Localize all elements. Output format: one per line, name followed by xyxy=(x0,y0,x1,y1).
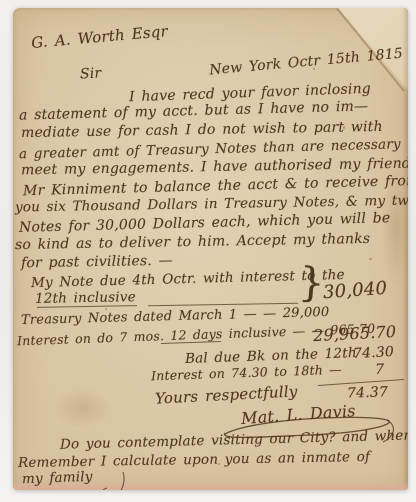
account-interest2-line: Interest on 74.30 to 18th — xyxy=(151,362,342,384)
addressee: G. A. Worth Esqr xyxy=(30,22,168,52)
account-interest2-amount: 7 xyxy=(375,362,384,378)
postscript-line: my family xyxy=(22,469,93,487)
account-balance-amount: 74.30 xyxy=(353,344,395,362)
family-tail-flourish xyxy=(89,470,129,490)
account-subtotal: 29,965.70 xyxy=(313,322,397,345)
letter-paper: G. A. Worth Esqr New York Octr 15th 1815… xyxy=(13,8,408,490)
body-line: for past civilities. — xyxy=(21,253,173,272)
paper-stain xyxy=(53,388,113,428)
account-total: 74.37 xyxy=(347,384,389,401)
account-note-line-2: 12th inclusive xyxy=(35,289,136,307)
dateline: New York Octr 15th 1815 xyxy=(209,46,404,79)
account-note-amount: 30,040 xyxy=(322,278,387,303)
paper-speckle xyxy=(105,308,107,310)
salutation: Sir xyxy=(80,65,102,82)
paper-speckle xyxy=(369,258,372,260)
scanned-letter-page: { "letter": { "addressee": "G. A. Worth … xyxy=(0,0,416,502)
